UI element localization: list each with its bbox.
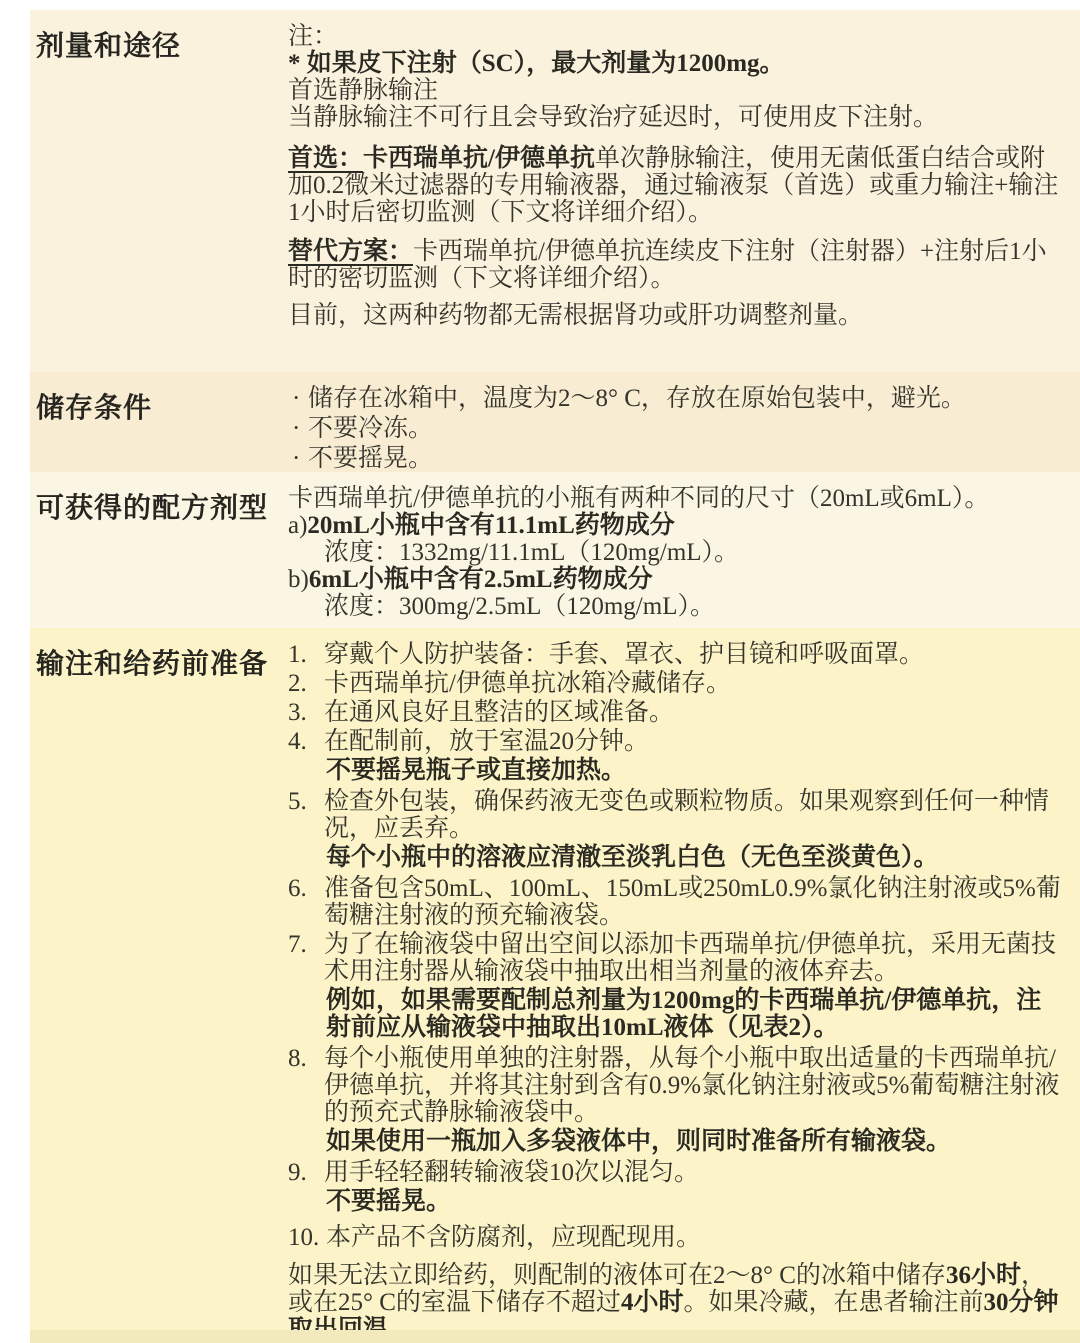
step-text: 检查外包装，确保药液无变色或颗粒物质。如果观察到任何一种情况，应丢弃。 <box>324 788 1066 842</box>
dosage-row-label: 剂量和途径 <box>36 24 282 64</box>
prep-step-6: 6.准备包含50mL、100mL、150mL或250mL0.9%氯化钠注射液或5… <box>288 875 1066 929</box>
row-dosage-and-route: 剂量和途径 注： * 如果皮下注射（SC），最大剂量为1200mg。 首选静脉输… <box>30 10 1080 372</box>
storage-bullet-refrigerate: ·储存在冰箱中，温度为2～8° C，存放在原始包装中，避光。 <box>288 385 1066 412</box>
prep-step-8: 8.每个小瓶使用单独的注射器，从每个小瓶中取出适量的卡西瑞单抗/伊德单抗，并将其… <box>288 1045 1066 1126</box>
dosage-alternative-paragraph: 替代方案：卡西瑞单抗/伊德单抗连续皮下注射（注射器）+注射后1小时的密切监测（下… <box>288 238 1066 292</box>
bullet-dot-icon: · <box>288 385 308 412</box>
bullet-dot-icon: · <box>288 445 308 472</box>
dosage-adjustment-note: 目前，这两种药物都无需根据肾功或肝功调整剂量。 <box>288 302 1066 329</box>
step-number: 1. <box>288 641 324 668</box>
dosage-content-cell: 注： * 如果皮下注射（SC），最大剂量为1200mg。 首选静脉输注 当静脉输… <box>288 10 1080 372</box>
step-text: 穿戴个人防护装备：手套、罩衣、护目镜和呼吸面罩。 <box>324 641 924 668</box>
preparation-row-label: 输注和给药前准备 <box>36 642 282 682</box>
step-text: 在配制前，放于室温20分钟。 <box>324 728 649 755</box>
vial-a-prefix: a) <box>288 512 307 539</box>
document-page: 剂量和途径 注： * 如果皮下注射（SC），最大剂量为1200mg。 首选静脉输… <box>0 0 1080 1343</box>
prep-step-10: 10.本产品不含防腐剂，应现配现用。 <box>288 1224 1066 1251</box>
storage-label-cell: 储存条件 <box>30 372 288 472</box>
prep-step-1: 1.穿戴个人防护装备：手套、罩衣、护目镜和呼吸面罩。 <box>288 641 1066 668</box>
prep-step-5-note: 每个小瓶中的溶液应清澈至淡乳白色（无色至淡黄色）。 <box>288 844 1066 871</box>
step-number: 6. <box>288 875 324 929</box>
dosage-iv-fallback: 当静脉输注不可行且会导致治疗延迟时，可使用皮下注射。 <box>288 104 1066 131</box>
preparation-label-cell: 输注和给药前准备 <box>30 628 288 1343</box>
storage-bullet-no-freeze-text: 不要冷冻。 <box>308 415 433 442</box>
step-text: 本产品不含防腐剂，应现配现用。 <box>326 1224 701 1251</box>
row-available-formulations: 可获得的配方剂型 卡西瑞单抗/伊德单抗的小瓶有两种不同的尺寸（20mL或6mL）… <box>30 472 1080 628</box>
prep-step-8-note: 如果使用一瓶加入多袋液体中，则同时准备所有输液袋。 <box>288 1128 1066 1155</box>
vial-b-text: 6mL小瓶中含有2.5mL药物成分 <box>309 566 653 593</box>
step-text: 每个小瓶使用单独的注射器，从每个小瓶中取出适量的卡西瑞单抗/伊德单抗，并将其注射… <box>324 1045 1066 1126</box>
storage-content-cell: ·储存在冰箱中，温度为2～8° C，存放在原始包装中，避光。 ·不要冷冻。 ·不… <box>288 372 1080 472</box>
preparation-content-cell: 1.穿戴个人防护装备：手套、罩衣、护目镜和呼吸面罩。 2.卡西瑞单抗/伊德单抗冰… <box>288 628 1080 1343</box>
step-number: 10. <box>288 1224 326 1251</box>
step-number: 7. <box>288 931 324 985</box>
step-text: 在通风良好且整洁的区域准备。 <box>324 699 674 726</box>
formulations-content-cell: 卡西瑞单抗/伊德单抗的小瓶有两种不同的尺寸（20mL或6mL）。 a)20mL小… <box>288 472 1080 628</box>
preferred-drug-name: 卡西瑞单抗/伊德单抗 <box>363 145 595 172</box>
storage-bullet-no-shake: ·不要摇晃。 <box>288 445 1066 472</box>
prep-step-9: 9.用手轻轻翻转输液袋10次以混匀。 <box>288 1159 1066 1186</box>
stability-4h: 4小时 <box>621 1289 684 1316</box>
prep-step-7: 7.为了在输液袋中留出空间以添加卡西瑞单抗/伊德单抗，采用无菌技术用注射器从输液… <box>288 931 1066 985</box>
vial-a-text: 20mL小瓶中含有11.1mL药物成分 <box>307 512 674 539</box>
step-number: 9. <box>288 1159 324 1186</box>
storage-bullet-refrigerate-text: 储存在冰箱中，温度为2～8° C，存放在原始包装中，避光。 <box>308 385 966 412</box>
prep-step-2: 2.卡西瑞单抗/伊德单抗冰箱冷藏储存。 <box>288 670 1066 697</box>
dosage-preferred-paragraph: 首选：卡西瑞单抗/伊德单抗单次静脉输注，使用无菌低蛋白结合或附加0.2微米过滤器… <box>288 145 1066 226</box>
prep-step-5: 5.检查外包装，确保药液无变色或颗粒物质。如果观察到任何一种情况，应丢弃。 <box>288 788 1066 842</box>
formulations-intro: 卡西瑞单抗/伊德单抗的小瓶有两种不同的尺寸（20mL或6mL）。 <box>288 485 1066 512</box>
prep-step-4-warning: 不要摇晃瓶子或直接加热。 <box>288 757 1066 784</box>
step-number: 8. <box>288 1045 324 1126</box>
step-text: 准备包含50mL、100mL、150mL或250mL0.9%氯化钠注射液或5%葡… <box>324 875 1066 929</box>
dosage-label-cell: 剂量和途径 <box>30 10 288 372</box>
formulations-label-cell: 可获得的配方剂型 <box>30 472 288 628</box>
step-number: 5. <box>288 788 324 842</box>
storage-row-label: 储存条件 <box>36 386 282 426</box>
step-number: 4. <box>288 728 324 755</box>
row-preparation-before-infusion: 输注和给药前准备 1.穿戴个人防护装备：手套、罩衣、护目镜和呼吸面罩。 2.卡西… <box>30 628 1080 1343</box>
vial-a-concentration: 浓度：1332mg/11.1mL（120mg/mL）。 <box>288 539 1066 566</box>
row-storage-conditions: 储存条件 ·储存在冰箱中，温度为2～8° C，存放在原始包装中，避光。 ·不要冷… <box>30 372 1080 472</box>
vial-b-line: b)6mL小瓶中含有2.5mL药物成分 <box>288 566 1066 593</box>
prep-step-4: 4.在配制前，放于室温20分钟。 <box>288 728 1066 755</box>
storage-bullet-no-shake-text: 不要摇晃。 <box>308 445 433 472</box>
vial-b-prefix: b) <box>288 566 309 593</box>
alternative-label: 替代方案： <box>288 238 413 265</box>
formulations-row-label: 可获得的配方剂型 <box>36 486 282 526</box>
prep-step-9-warning: 不要摇晃。 <box>288 1188 1066 1215</box>
prep-step-3: 3.在通风良好且整洁的区域准备。 <box>288 699 1066 726</box>
drug-info-table: 剂量和途径 注： * 如果皮下注射（SC），最大剂量为1200mg。 首选静脉输… <box>30 10 1080 1343</box>
preferred-label: 首选： <box>288 145 363 172</box>
stability-36h: 36小时 <box>946 1262 1021 1289</box>
dosage-sc-max-dose: * 如果皮下注射（SC），最大剂量为1200mg。 <box>288 50 1066 77</box>
step-number: 2. <box>288 670 324 697</box>
stability-text: 如果无法立即给药，则配制的液体可在2～8° C的冰箱中储存 <box>288 1262 946 1289</box>
stability-text: 。如果冷藏，在患者输注前 <box>683 1289 983 1316</box>
dosage-iv-preferred: 首选静脉输注 <box>288 77 1066 104</box>
bottom-shade-band <box>30 1330 1080 1343</box>
vial-b-concentration: 浓度：300mg/2.5mL（120mg/mL）。 <box>288 593 1066 620</box>
step-number: 3. <box>288 699 324 726</box>
step-text: 卡西瑞单抗/伊德单抗冰箱冷藏储存。 <box>324 670 731 697</box>
prep-step-7-example: 例如，如果需要配制总剂量为1200mg的卡西瑞单抗/伊德单抗，注射前应从输液袋中… <box>288 987 1066 1041</box>
storage-bullet-no-freeze: ·不要冷冻。 <box>288 415 1066 442</box>
bullet-dot-icon: · <box>288 415 308 442</box>
vial-a-line: a)20mL小瓶中含有11.1mL药物成分 <box>288 512 1066 539</box>
step-text: 用手轻轻翻转输液袋10次以混匀。 <box>324 1159 699 1186</box>
step-text: 为了在输液袋中留出空间以添加卡西瑞单抗/伊德单抗，采用无菌技术用注射器从输液袋中… <box>324 931 1066 985</box>
dosage-note-heading: 注： <box>288 23 1066 50</box>
